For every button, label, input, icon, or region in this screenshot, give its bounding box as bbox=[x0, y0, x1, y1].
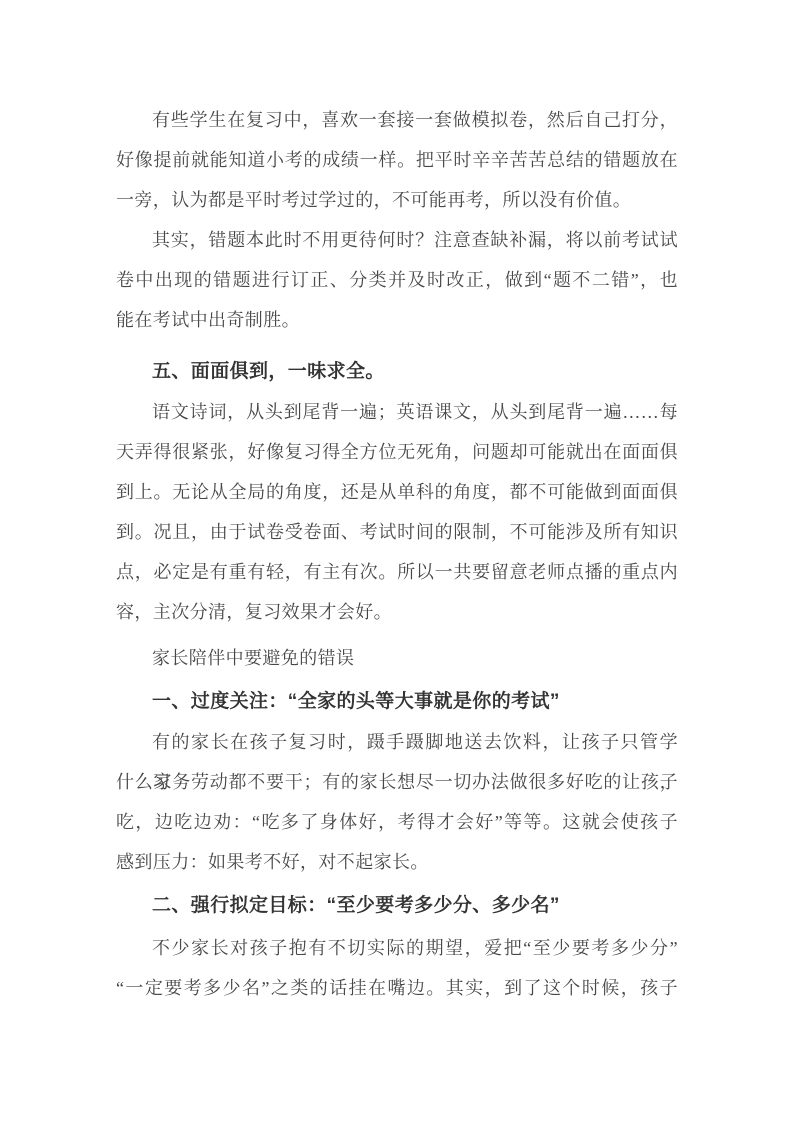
para-mock-exam-habit: 有些学生在复习中，喜欢一套接一套做模拟卷，然后自己打分，好像提前就能知道小考的成… bbox=[116, 100, 678, 220]
text-line: 一、过度关注：“全家的头等大事就是你的考试” bbox=[116, 682, 678, 722]
text-line: 天弄得很紧张，好像复习得全方位无死角，问题却可能就出在面面俱 bbox=[116, 432, 678, 472]
text-line: 能在考试中出奇制胜。 bbox=[116, 300, 678, 340]
text-line: 卷中出现的错题进行订正、分类并及时改正，做到“题不二错”，也 bbox=[116, 260, 678, 300]
para-parents-intro: 家长陪伴中要避免的错误 bbox=[116, 638, 678, 678]
text-line: 感到压力：如果考不好，对不起家长。 bbox=[116, 842, 678, 882]
text-line: 有的家长在孩子复习时，蹑手蹑脚地送去饮料，让孩子只管学习， bbox=[116, 722, 678, 762]
text-line: 家长陪伴中要避免的错误 bbox=[116, 638, 678, 678]
document-content: 有些学生在复习中，喜欢一套接一套做模拟卷，然后自己打分，好像提前就能知道小考的成… bbox=[0, 0, 678, 1008]
text-line: 一旁，认为都是平时考过学过的，不可能再考，所以没有价值。 bbox=[116, 180, 678, 220]
text-line: “一定要考多少名”之类的话挂在嘴边。其实，到了这个时候，孩子 bbox=[116, 968, 678, 1008]
heading-section-five: 五、面面俱到，一味求全。 bbox=[116, 352, 678, 392]
text-line: 语文诗词，从头到尾背一遍；英语课文，从头到尾背一遍……每 bbox=[116, 392, 678, 432]
para-forced-goals: 不少家长对孩子抱有不切实际的期望，爱把“至少要考多少分”“一定要考多少名”之类的… bbox=[116, 928, 678, 1008]
text-line: 其实，错题本此时不用更待何时？注意查缺补漏，将以前考试试 bbox=[116, 220, 678, 260]
text-line: 不少家长对孩子抱有不切实际的期望，爱把“至少要考多少分” bbox=[116, 928, 678, 968]
heading-mistake-two: 二、强行拟定目标：“至少要考多少分、多少名” bbox=[116, 886, 678, 926]
para-over-attention: 有的家长在孩子复习时，蹑手蹑脚地送去饮料，让孩子只管学习，什么家务劳动都不要干；… bbox=[116, 722, 678, 882]
text-line: 点，必定是有重有轻，有主有次。所以一共要留意老师点播的重点内 bbox=[116, 552, 678, 592]
text-line: 到。况且，由于试卷受卷面、考试时间的限制，不可能涉及所有知识 bbox=[116, 512, 678, 552]
text-line: 容，主次分清，复习效果才会好。 bbox=[116, 592, 678, 632]
text-line: 到上。无论从全局的角度，还是从单科的角度，都不可能做到面面俱 bbox=[116, 472, 678, 512]
text-line: 好像提前就能知道小考的成绩一样。把平时辛辛苦苦总结的错题放在 bbox=[116, 140, 678, 180]
heading-mistake-one: 一、过度关注：“全家的头等大事就是你的考试” bbox=[116, 682, 678, 722]
document-page: 有些学生在复习中，喜欢一套接一套做模拟卷，然后自己打分，好像提前就能知道小考的成… bbox=[0, 0, 793, 1122]
para-wrong-answer-book: 其实，错题本此时不用更待何时？注意查缺补漏，将以前考试试卷中出现的错题进行订正、… bbox=[116, 220, 678, 340]
text-line: 五、面面俱到，一味求全。 bbox=[116, 352, 678, 392]
text-line: 二、强行拟定目标：“至少要考多少分、多少名” bbox=[116, 886, 678, 926]
para-comprehensive-review: 语文诗词，从头到尾背一遍；英语课文，从头到尾背一遍……每天弄得很紧张，好像复习得… bbox=[116, 392, 678, 632]
text-line: 吃，边吃边劝：“吃多了身体好，考得才会好”等等。这就会使孩子 bbox=[116, 802, 678, 842]
text-line: 什么家务劳动都不要干；有的家长想尽一切办法做很多好吃的让孩子 bbox=[116, 762, 678, 802]
text-line: 有些学生在复习中，喜欢一套接一套做模拟卷，然后自己打分， bbox=[116, 100, 678, 140]
